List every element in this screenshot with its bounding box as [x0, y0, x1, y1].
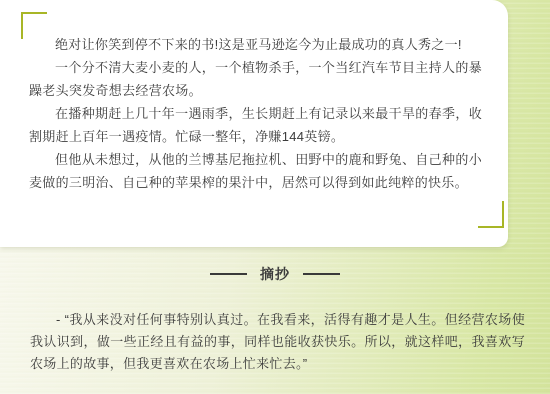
review-paragraph: 在播种期赶上几十年一遇雨季，生长期赶上有记录以来最干旱的春季，收割期赶上百年一遇… — [29, 102, 482, 148]
heading-rule-right — [303, 273, 340, 275]
excerpt-title: 摘抄 — [260, 264, 290, 284]
excerpt-heading: 摘抄 — [0, 265, 550, 283]
corner-bracket-bottom-right-icon — [478, 201, 504, 228]
review-paragraph: 一个分不清大麦小麦的人，一个植物杀手，一个当红汽车节目主持人的暴躁老头突发奇想去… — [29, 56, 482, 102]
review-paragraph: 绝对让你笑到停不下来的书!这是亚马逊迄今为止最成功的真人秀之一! — [29, 33, 482, 56]
excerpt-quote: - “我从来没对任何事特别认真过。在我看来，活得有趣才是人生。但经营农场使我认识… — [30, 309, 525, 375]
review-paragraph: 但他从未想过，从他的兰博基尼拖拉机、田野中的鹿和野兔、自己种的小麦做的三明治、自… — [29, 148, 482, 194]
heading-rule-left — [210, 273, 247, 275]
page: 绝对让你笑到停不下来的书!这是亚马逊迄今为止最成功的真人秀之一! 一个分不清大麦… — [0, 0, 550, 394]
review-text-block: 绝对让你笑到停不下来的书!这是亚马逊迄今为止最成功的真人秀之一! 一个分不清大麦… — [29, 33, 482, 194]
book-review-card: 绝对让你笑到停不下来的书!这是亚马逊迄今为止最成功的真人秀之一! 一个分不清大麦… — [0, 0, 508, 247]
excerpt-section: 摘抄 - “我从来没对任何事特别认真过。在我看来，活得有趣才是人生。但经营农场使… — [0, 265, 550, 375]
